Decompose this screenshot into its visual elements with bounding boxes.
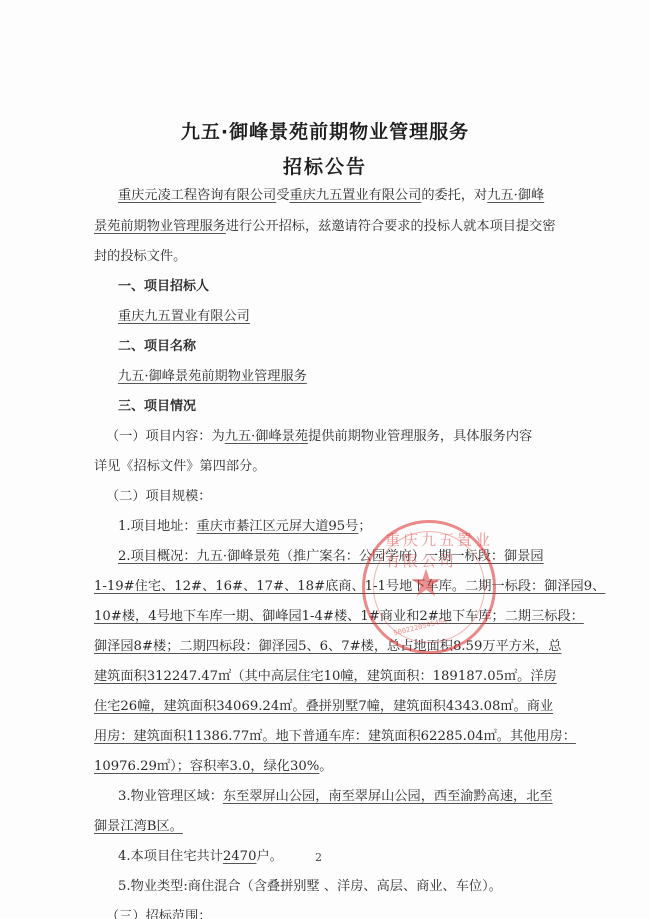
content-line-1: （一）项目内容：为九五·御峰景苑提供前期物业管理服务，具体服务内容 bbox=[106, 428, 532, 446]
section-1-value: 重庆九五置业有限公司 bbox=[118, 308, 250, 326]
overview-line: 1-19#住宅、12#、16#、17#、18#底商、1-1号地下车库。二期一标段… bbox=[94, 578, 605, 596]
address-end: ； bbox=[358, 519, 371, 534]
section-2-heading: 二、项目名称 bbox=[118, 338, 196, 356]
intro-line-1: 重庆元凌工程咨询有限公司受重庆九五置业有限公司的委托，对九五·御峰 bbox=[118, 187, 544, 205]
overview-line: 10#楼，4号地下车库一期、御峰园1-4#楼、1#商业和2#地下车库；二期三标段… bbox=[94, 608, 584, 626]
overview-line: 建筑面积312247.47㎡（其中高层住宅10幢，建筑面积：189187.05㎡… bbox=[94, 668, 557, 686]
households-suffix: 户。 bbox=[256, 849, 282, 864]
intro-line-3: 封的投标文件。 bbox=[94, 248, 186, 266]
intro-text: 的委托，对 bbox=[421, 188, 487, 203]
page-number: 2 bbox=[315, 851, 322, 864]
overview-text: 10976.29㎡）；容积率3.0，绿化30% bbox=[94, 759, 319, 774]
agent-name: 重庆元凌工程咨询有限公司 bbox=[118, 188, 276, 203]
scope-heading: （三）招标范围： bbox=[106, 908, 212, 919]
households-value: 2470 bbox=[223, 849, 257, 864]
overview-line: 2.项目概况：九五·御峰景苑（推广案名：公园学府）一期一标段：御景园 bbox=[118, 548, 544, 566]
intro-text: 受 bbox=[276, 188, 289, 203]
overview-line: 御泽园8#楼；二期四标段：御泽园5、6、7#楼，总占地面积8.59万平方米，总 bbox=[94, 638, 561, 656]
section-2-value: 九五·御峰景苑前期物业管理服务 bbox=[118, 368, 307, 386]
scale-heading: （二）项目规模： bbox=[106, 488, 212, 506]
document-title: 九五·御峰景苑前期物业管理服务 bbox=[0, 117, 650, 144]
document-page: 九五·御峰景苑前期物业管理服务 招标公告 重庆元凌工程咨询有限公司受重庆九五置业… bbox=[0, 0, 650, 919]
households-line: 4.本项目住宅共计2470户。 bbox=[118, 848, 283, 866]
overview-line: 住宅26幢，建筑面积34069.24㎡。叠拼别墅7幢，建筑面积4343.08㎡。… bbox=[94, 698, 553, 716]
area-label: 3.物业管理区域： bbox=[118, 789, 223, 804]
content-line-2: 详见《招标文件》第四部分。 bbox=[94, 458, 265, 476]
property-type-line: 5.物业类型:商住混合（含叠拼别墅 、洋房、高层、商业、车位）。 bbox=[118, 878, 502, 896]
document-subtitle: 招标公告 bbox=[0, 152, 650, 179]
households-label: 4.本项目住宅共计 bbox=[118, 849, 223, 864]
overview-end: 。 bbox=[319, 759, 332, 774]
intro-line-2: 景苑前期物业管理服务进行公开招标，兹邀请符合要求的投标人就本项目提交密 bbox=[94, 218, 556, 236]
area-value: 东至翠屏山公园，南至翠屏山公园，西至渝黔高速，北至 bbox=[223, 789, 553, 804]
address-value: 重庆市綦江区元屏大道95号 bbox=[197, 519, 359, 534]
project-name-part: 九五·御峰 bbox=[487, 188, 544, 203]
overview-line-last: 10976.29㎡）；容积率3.0，绿化30%。 bbox=[94, 758, 332, 776]
project-name-part: 景苑前期物业管理服务 bbox=[94, 219, 226, 234]
content-text: 提供前期物业管理服务，具体服务内容 bbox=[308, 429, 532, 444]
section-3-heading: 三、项目情况 bbox=[118, 398, 196, 416]
project-short-name: 九五·御峰景苑 bbox=[225, 429, 308, 444]
intro-text: 进行公开招标，兹邀请符合要求的投标人就本项目提交密 bbox=[226, 219, 556, 234]
client-name: 重庆九五置业有限公司 bbox=[289, 188, 421, 203]
section-1-heading: 一、项目招标人 bbox=[118, 278, 209, 296]
area-line-2: 御景江湾B区。 bbox=[94, 818, 183, 836]
address-line: 1.项目地址：重庆市綦江区元屏大道95号； bbox=[118, 518, 372, 536]
address-label: 1.项目地址： bbox=[118, 519, 197, 534]
content-text: （一）项目内容：为 bbox=[106, 429, 225, 444]
overview-line: 用房：建筑面积11386.77㎡。地下普通车库：建筑面积62285.04㎡。其他… bbox=[94, 728, 576, 746]
area-line-1: 3.物业管理区域：东至翠屏山公园，南至翠屏山公园，西至渝黔高速，北至 bbox=[118, 788, 553, 806]
